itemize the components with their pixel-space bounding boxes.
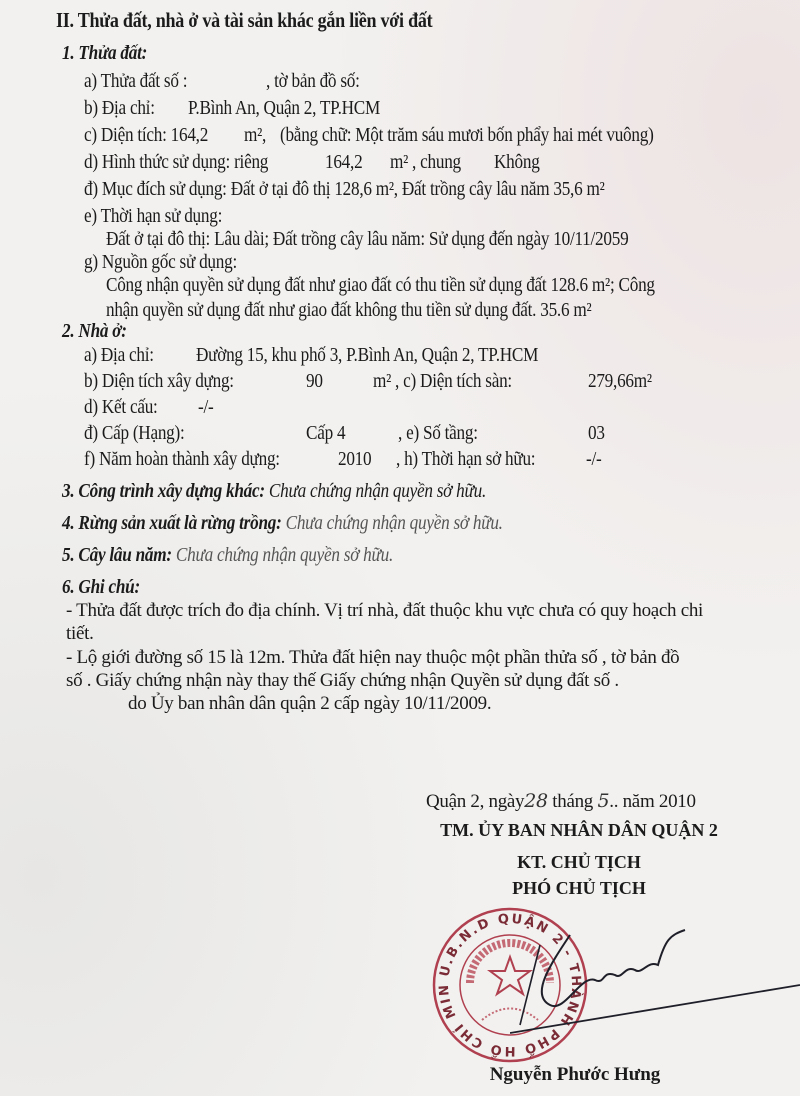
- house-structure-value: -/-: [198, 396, 213, 419]
- signing-date: Quận 2, ngày28 tháng 5.. năm 2010: [426, 790, 696, 813]
- signer-name: Nguyễn Phước Hưng: [470, 1064, 680, 1086]
- notes-line4: số . Giấy chứng nhận này thay thế Giấy c…: [66, 670, 619, 692]
- house-ownership-term-label: , h) Thời hạn sở hữu:: [396, 448, 535, 471]
- house-structure-label: d) Kết cấu:: [84, 396, 158, 419]
- house-ownership-term-value: -/-: [586, 448, 601, 471]
- other-works-row: 3. Công trình xây dựng khác: Chưa chứng …: [62, 480, 486, 503]
- land-term-value: Đất ở tại đô thị: Lâu dài; Đất trồng cây…: [106, 228, 628, 251]
- land-purpose: đ) Mục đích sử dụng: Đất ở tại đô thị 12…: [84, 178, 604, 201]
- forest-title: 4. Rừng sản xuất là rừng trồng:: [62, 512, 282, 534]
- other-works-title: 3. Công trình xây dựng khác:: [62, 480, 265, 502]
- notes-line5: do Ủy ban nhân dân quận 2 cấp ngày 10/11…: [128, 693, 491, 715]
- house-completion-value: 2010: [338, 448, 371, 471]
- issuing-authority: TM. ỦY BAN NHÂN DÂN QUẬN 2: [424, 820, 734, 841]
- house-address-value: Đường 15, khu phố 3, P.Bình An, Quận 2, …: [196, 344, 538, 367]
- date-prefix: Quận 2, ngày: [426, 791, 524, 812]
- house-address-label: a) Địa chỉ:: [84, 344, 154, 367]
- land-area-label: c) Diện tích: 164,2: [84, 124, 208, 147]
- land-map-sheet: , tờ bản đồ số:: [266, 70, 360, 93]
- notes-line3: - Lộ giới đường số 15 là 12m. Thửa đất h…: [66, 647, 679, 669]
- house-floors-value: 03: [588, 422, 605, 445]
- land-term-label: e) Thời hạn sử dụng:: [84, 205, 222, 228]
- land-use-private: 164,2: [325, 151, 362, 174]
- signer-role-2: PHÓ CHỦ TỊCH: [424, 878, 734, 899]
- land-use-unit: m² , chung: [390, 151, 461, 174]
- house-floor-area-label: m² , c) Diện tích sàn:: [373, 370, 512, 393]
- forest-value: Chưa chứng nhận quyền sở hữu.: [286, 512, 503, 534]
- date-month: 5: [597, 790, 609, 812]
- handwritten-signature-icon: [510, 925, 800, 1045]
- forest-row: 4. Rừng sản xuất là rừng trồng: Chưa chứ…: [62, 512, 503, 535]
- land-area-words: (bằng chữ: Một trăm sáu mươi bốn phẩy ha…: [280, 124, 654, 147]
- notes-line2: tiết.: [66, 623, 94, 645]
- land-origin-line2: nhận quyền sử dụng đất như giao đất khôn…: [106, 299, 591, 322]
- house-floor-area-value: 279,66m²: [588, 370, 652, 393]
- land-address-value: P.Bình An, Quận 2, TP.HCM: [188, 97, 380, 120]
- land-area-unit: m²,: [244, 124, 266, 147]
- signer-role-1: KT. CHỦ TỊCH: [424, 852, 734, 873]
- date-month-label: tháng: [552, 791, 593, 812]
- date-day: 28: [524, 790, 548, 812]
- house-grade-value: Cấp 4: [306, 422, 345, 445]
- land-address-label: b) Địa chỉ:: [84, 97, 155, 120]
- land-origin-line1: Công nhận quyền sử dụng đất như giao đất…: [106, 274, 655, 297]
- date-year: năm 2010: [623, 791, 696, 812]
- perennial-title: 5. Cây lâu năm:: [62, 544, 172, 566]
- section-heading: II. Thửa đất, nhà ở và tài sản khác gắn …: [56, 8, 432, 33]
- land-title: 1. Thửa đất:: [62, 42, 147, 65]
- perennial-row: 5. Cây lâu năm: Chưa chứng nhận quyền sở…: [62, 544, 393, 567]
- house-grade-label: đ) Cấp (Hạng):: [84, 422, 185, 445]
- land-parcel-number: a) Thửa đất số :: [84, 70, 187, 93]
- land-origin-label: g) Nguồn gốc sử dụng:: [84, 251, 237, 274]
- house-completion-label: f) Năm hoàn thành xây dựng:: [84, 448, 280, 471]
- house-title: 2. Nhà ở:: [62, 320, 127, 343]
- land-use-shared: Không: [494, 151, 540, 174]
- other-works-value: Chưa chứng nhận quyền sở hữu.: [269, 480, 486, 502]
- house-build-area-label: b) Diện tích xây dựng:: [84, 370, 234, 393]
- land-use-form-label: d) Hình thức sử dụng: riêng: [84, 151, 268, 174]
- house-build-area-value: 90: [306, 370, 323, 393]
- notes-title: 6. Ghi chú:: [62, 576, 140, 599]
- house-floors-label: , e) Số tầng:: [398, 422, 478, 445]
- notes-line1: - Thửa đất được trích đo địa chính. Vị t…: [66, 600, 703, 622]
- perennial-value: Chưa chứng nhận quyền sở hữu.: [176, 544, 393, 566]
